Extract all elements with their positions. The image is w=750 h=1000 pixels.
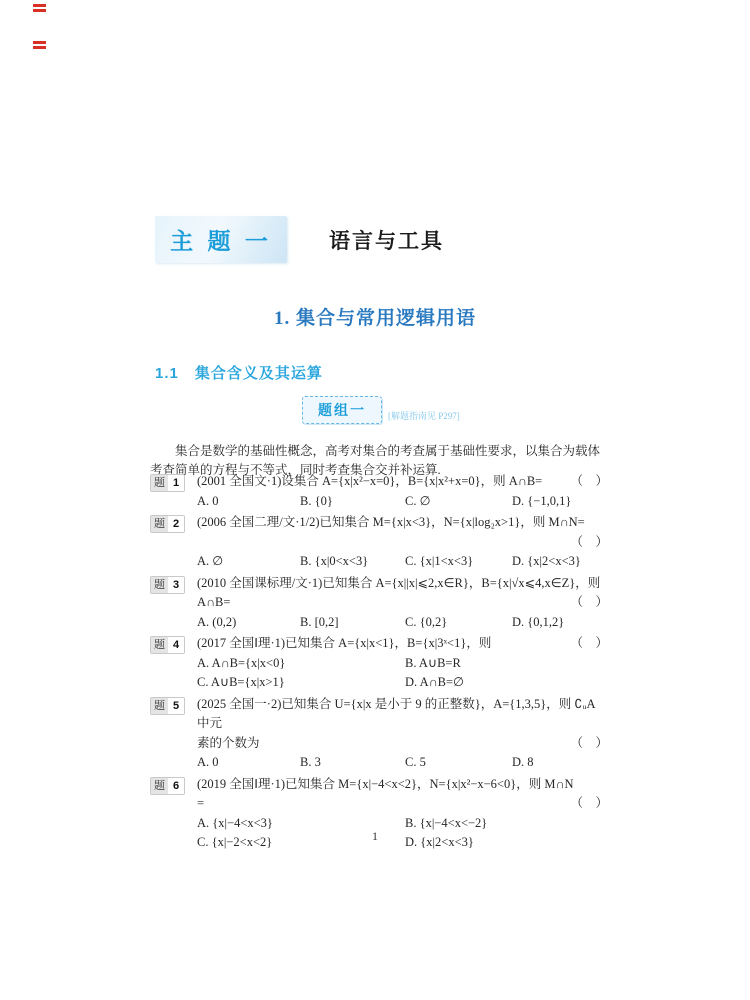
problem-item: 题 2 (2006 全国二理/文·1/2)已知集合 M={x|x<3}，N={x…	[150, 513, 608, 572]
chapter-banner: 主 题 一 语言与工具	[155, 216, 444, 263]
problem-number-badge: 题 1	[150, 474, 185, 492]
problem-text: (2006 全国二理/文·1/2)已知集合 M={x|x<3}，N={x|log…	[197, 513, 585, 533]
option: B. A∪B=R	[405, 654, 608, 674]
problem-number-badge: 题 3	[150, 576, 185, 594]
problem-statement-line: （ ）	[197, 533, 608, 553]
problem-options: A. ∅B. {x|0<x<3}C. {x|1<x<3}D. {x|2<x<3}	[197, 552, 608, 572]
problem-group-badge: 题组一	[302, 396, 382, 424]
answer-bracket: （ ）	[570, 533, 608, 553]
problem-item: 题 4 (2017 全国Ⅰ理·1)已知集合 A={x|x<1}，B={x|3ˣ<…	[150, 634, 608, 693]
problem-text: (2010 全国课标理/文·1)已知集合 A={x||x|⩽2,x∈R}，B={…	[197, 574, 600, 594]
problem-badge-char: 题	[151, 698, 168, 714]
problem-statement-line: (2010 全国课标理/文·1)已知集合 A={x||x|⩽2,x∈R}，B={…	[197, 574, 608, 594]
problem-options: A. 0B. {0}C. ∅D. {−1,0,1}	[197, 492, 608, 512]
option: B. [0,2]	[300, 613, 405, 633]
problem-badge-number: 6	[168, 778, 184, 794]
section-title: 1. 集合与常用逻辑用语	[0, 303, 750, 330]
problem-statement-line: (2019 全国Ⅰ理·1)已知集合 M={x|−4<x<2}，N={x|x²−x…	[197, 775, 608, 795]
option: B. {x|0<x<3}	[300, 552, 405, 572]
answer-bracket: （ ）	[570, 734, 608, 754]
problem-statement: (2010 全国课标理/文·1)已知集合 A={x||x|⩽2,x∈R}，B={…	[197, 574, 608, 613]
option: C. {0,2}	[405, 613, 512, 633]
option: C. 5	[405, 753, 512, 773]
solution-guide-note: [解题指南见 P297]	[388, 409, 460, 424]
problem-badge-char: 题	[151, 516, 168, 532]
option: D. {−1,0,1}	[512, 492, 608, 512]
problem-statement-line: (2006 全国二理/文·1/2)已知集合 M={x|x<3}，N={x|log…	[197, 513, 608, 533]
option: C. {x|1<x<3}	[405, 552, 512, 572]
option: A. (0,2)	[197, 613, 300, 633]
chapter-tag-label: 主 题 一	[170, 223, 272, 256]
option: D. {x|2<x<3}	[512, 552, 608, 572]
problem-statement: (2006 全国二理/文·1/2)已知集合 M={x|x<3}，N={x|log…	[197, 513, 608, 552]
option: A. 0	[197, 753, 300, 773]
option: C. ∅	[405, 492, 512, 512]
problem-statement-line: =（ ）	[197, 794, 608, 814]
problem-item: 题 3 (2010 全国课标理/文·1)已知集合 A={x||x|⩽2,x∈R}…	[150, 574, 608, 633]
option: B. {0}	[300, 492, 405, 512]
problem-group-header: 题组一 [解题指南见 P297]	[302, 396, 460, 424]
problem-text: =	[197, 794, 204, 814]
problem-text: A∩B=	[197, 593, 230, 613]
subsection-title: 1.1 集合含义及其运算	[155, 362, 323, 383]
problem-text: (2017 全国Ⅰ理·1)已知集合 A={x|x<1}，B={x|3ˣ<1}，则	[197, 634, 491, 654]
problem-badge-char: 题	[151, 577, 168, 593]
problem-number-badge: 题 4	[150, 636, 185, 654]
problem-number-badge: 题 5	[150, 697, 185, 715]
option: D. {0,1,2}	[512, 613, 608, 633]
problem-statement: (2017 全国Ⅰ理·1)已知集合 A={x|x<1}，B={x|3ˣ<1}，则…	[197, 634, 608, 654]
answer-bracket: （ ）	[570, 472, 608, 492]
answer-bracket: （ ）	[570, 593, 608, 613]
option: B. 3	[300, 753, 405, 773]
problem-options: A. 0B. 3C. 5D. 8	[197, 753, 608, 773]
option: A. A∩B={x|x<0}	[197, 654, 405, 674]
problem-text: 素的个数为	[197, 734, 260, 754]
problem-badge-char: 题	[151, 637, 168, 653]
problem-statement: (2001 全国文·1)设集合 A={x|x²−x=0}，B={x|x²+x=0…	[197, 472, 608, 492]
option: A. 0	[197, 492, 300, 512]
problem-badge-number: 4	[168, 637, 184, 653]
answer-bracket: （ ）	[570, 794, 608, 814]
problem-options: A. A∩B={x|x<0}B. A∪B=RC. A∪B={x|x>1}D. A…	[197, 654, 608, 693]
option: D. 8	[512, 753, 608, 773]
problem-statement: (2025 全国一·2)已知集合 U={x|x 是小于 9 的正整数}，A={1…	[197, 695, 608, 754]
textbook-page: 主 题 一 语言与工具 1. 集合与常用逻辑用语 1.1 集合含义及其运算 题组…	[0, 0, 750, 1000]
problem-statement-line: A∩B=（ ）	[197, 593, 608, 613]
problem-badge-number: 5	[168, 698, 184, 714]
problem-text: (2001 全国文·1)设集合 A={x|x²−x=0}，B={x|x²+x=0…	[197, 472, 542, 492]
problem-options: A. (0,2)B. [0,2]C. {0,2}D. {0,1,2}	[197, 613, 608, 633]
answer-bracket: （ ）	[570, 634, 608, 654]
option: C. A∪B={x|x>1}	[197, 673, 405, 693]
problem-statement-line: (2017 全国Ⅰ理·1)已知集合 A={x|x<1}，B={x|3ˣ<1}，则…	[197, 634, 608, 654]
problem-statement-line: (2001 全国文·1)设集合 A={x|x²−x=0}，B={x|x²+x=0…	[197, 472, 608, 492]
problem-badge-number: 3	[168, 577, 184, 593]
problem-text: (2019 全国Ⅰ理·1)已知集合 M={x|−4<x<2}，N={x|x²−x…	[197, 775, 574, 795]
option: A. ∅	[197, 552, 300, 572]
problem-badge-char: 题	[151, 778, 168, 794]
print-registration-mark	[33, 4, 46, 13]
option: D. A∩B=∅	[405, 673, 608, 693]
problem-badge-number: 2	[168, 516, 184, 532]
problem-statement-line: (2025 全国一·2)已知集合 U={x|x 是小于 9 的正整数}，A={1…	[197, 695, 608, 734]
problem-statement: (2019 全国Ⅰ理·1)已知集合 M={x|−4<x<2}，N={x|x²−x…	[197, 775, 608, 814]
problem-statement-line: 素的个数为（ ）	[197, 734, 608, 754]
problems-list: 题 1 (2001 全国文·1)设集合 A={x|x²−x=0}，B={x|x²…	[150, 472, 608, 855]
page-number: 1	[0, 829, 750, 844]
chapter-title: 语言与工具	[329, 225, 444, 255]
problem-badge-number: 1	[168, 475, 184, 491]
problem-item: 题 5 (2025 全国一·2)已知集合 U={x|x 是小于 9 的正整数}，…	[150, 695, 608, 773]
problem-badge-char: 题	[151, 475, 168, 491]
problem-number-badge: 题 6	[150, 777, 185, 795]
problem-item: 题 1 (2001 全国文·1)设集合 A={x|x²−x=0}，B={x|x²…	[150, 472, 608, 511]
problem-number-badge: 题 2	[150, 515, 185, 533]
problem-text: (2025 全国一·2)已知集合 U={x|x 是小于 9 的正整数}，A={1…	[197, 695, 608, 734]
chapter-tag-box: 主 题 一	[155, 216, 287, 263]
print-registration-mark	[33, 41, 46, 50]
